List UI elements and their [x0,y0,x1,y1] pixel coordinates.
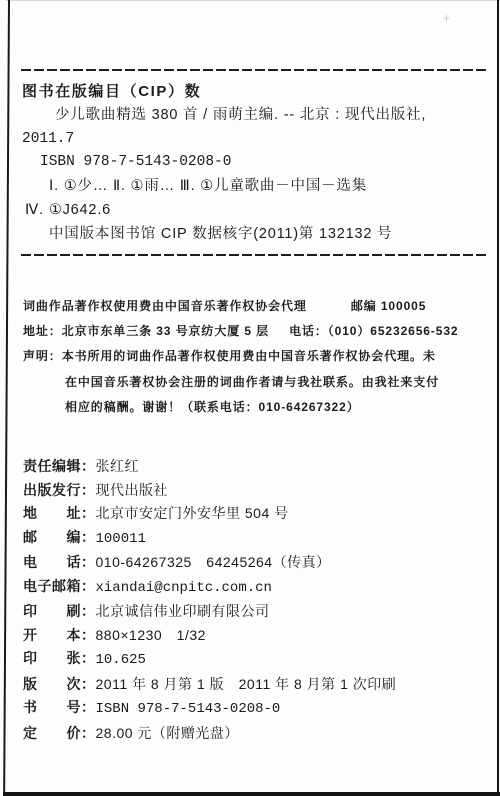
colophon-value: 880×1230 1/32 [96,627,206,643]
scan-artifact: + [443,11,450,25]
page-border-top [6,0,500,1]
colophon-row-price: 定 价：28.00 元（附赠光盘） [23,722,489,746]
cip-title-line: 少儿歌曲精选 380 首 / 雨萌主编. -- 北京 : 现代出版社, [22,104,486,128]
agency-address: 地址：北京市东单三条 33 号京纺大厦 5 层 [23,319,269,344]
colophon-row-isbn: 书 号：ISBN 978-7-5143-0208-0 [23,696,489,722]
divider-dashed-bottom [21,254,488,256]
colophon-row-printer: 印 刷：北京诚信伟业印刷有限公司 [23,600,489,624]
agency-notice-line-3: 相应的稿酬。谢谢！（联系电话：010-64267322） [23,395,487,420]
colophon-label: 电 话： [23,554,96,570]
cip-isbn-line: ISBN 978-7-5143-0208-0 [22,151,486,175]
agency-phone: 电话：（010）65232656-532 [289,319,458,344]
agency-notice-line-1: 声明：本书所用的词曲作品著作权使用费由中国音乐著作权协会代理。未 [23,344,487,369]
cip-year-line: 2011.7 [22,128,486,152]
colophon-row-publisher: 出版发行：现代出版社 [23,479,489,503]
colophon-row-phone: 电 话：010-64267325 64245264（传真） [23,551,489,575]
colophon-value: 2011 年 8 月第 1 版 2011 年 8 月第 1 次印刷 [96,676,397,692]
colophon-label: 印 张： [23,650,96,666]
colophon-row-edition: 版 次：2011 年 8 月第 1 版 2011 年 8 月第 1 次印刷 [23,673,489,697]
colophon-value: xiandai@cnpitc.com.cn [96,580,272,596]
colophon-value: 100011 [96,531,146,547]
colophon-label: 印 刷： [23,603,96,619]
agency-line-2: 地址：北京市东单三条 33 号京纺大厦 5 层 电话：（010）65232656… [23,319,487,344]
agency-notice-line-2: 在中国音乐著权协会注册的词曲作者请与我社联系。由我社来支付 [23,370,487,395]
colophon-row-format: 开 本：880×1230 1/32 [23,624,489,648]
colophon-label: 书 号： [23,699,96,715]
colophon-value: 010-64267325 64245264（传真） [96,554,331,570]
colophon-row-email: 电子邮箱：xiandai@cnpitc.com.cn [23,575,489,601]
agency-postcode: 邮编 100005 [351,294,426,319]
colophon-label: 版 次： [23,676,96,692]
colophon-row-editor: 责任编辑：张红红 [23,455,489,479]
rights-agency-section: 词曲作品著作权使用费由中国音乐著作权协会代理 邮编 100005 地址：北京市东… [23,294,487,420]
colophon-label: 出版发行： [23,482,96,498]
colophon-label: 开 本： [23,627,96,643]
colophon-label: 邮 编： [23,529,96,545]
colophon-value: 张红红 [96,458,140,474]
cip-heading: 图书在版编目（CIP）数 [22,80,486,104]
colophon-row-postcode: 邮 编：100011 [23,526,489,552]
colophon-row-sheets: 印 张：10.625 [23,647,489,673]
colophon-value: 28.00 元（附赠光盘） [96,725,239,741]
colophon-value: 北京市安定门外安华里 504 号 [96,505,289,521]
colophon-value: 北京诚信伟业印刷有限公司 [96,603,270,619]
colophon-section: 责任编辑：张红红 出版发行：现代出版社 地 址：北京市安定门外安华里 504 号… [23,455,489,746]
colophon-row-address: 地 址：北京市安定门外安华里 504 号 [23,502,489,526]
book-copyright-page: + 图书在版编目（CIP）数 少儿歌曲精选 380 首 / 雨萌主编. -- 北… [0,0,500,796]
page-border-bottom [3,792,500,796]
colophon-label: 电子邮箱： [23,578,96,594]
colophon-value: 10.625 [96,652,146,668]
colophon-value: ISBN 978-7-5143-0208-0 [96,701,281,717]
page-border-left [3,0,10,796]
cip-code-line: Ⅳ. ①J642.6 [22,199,486,223]
cip-record-line: 中国版本图书馆 CIP 数据核字(2011)第 132132 号 [22,223,486,247]
colophon-label: 地 址： [23,505,96,521]
agency-statement: 词曲作品著作权使用费由中国音乐著作权协会代理 [23,294,307,319]
divider-dashed-top [21,69,488,71]
page-border-right [497,0,499,796]
cip-section: 图书在版编目（CIP）数 少儿歌曲精选 380 首 / 雨萌主编. -- 北京 … [22,80,486,247]
cip-class-line: Ⅰ. ①少… Ⅱ. ①雨… Ⅲ. ①儿童歌曲－中国－选集 [22,175,486,199]
agency-line-1: 词曲作品著作权使用费由中国音乐著作权协会代理 邮编 100005 [23,294,487,319]
colophon-value: 现代出版社 [96,482,169,498]
colophon-label: 定 价： [23,725,96,741]
colophon-label: 责任编辑： [23,458,96,474]
